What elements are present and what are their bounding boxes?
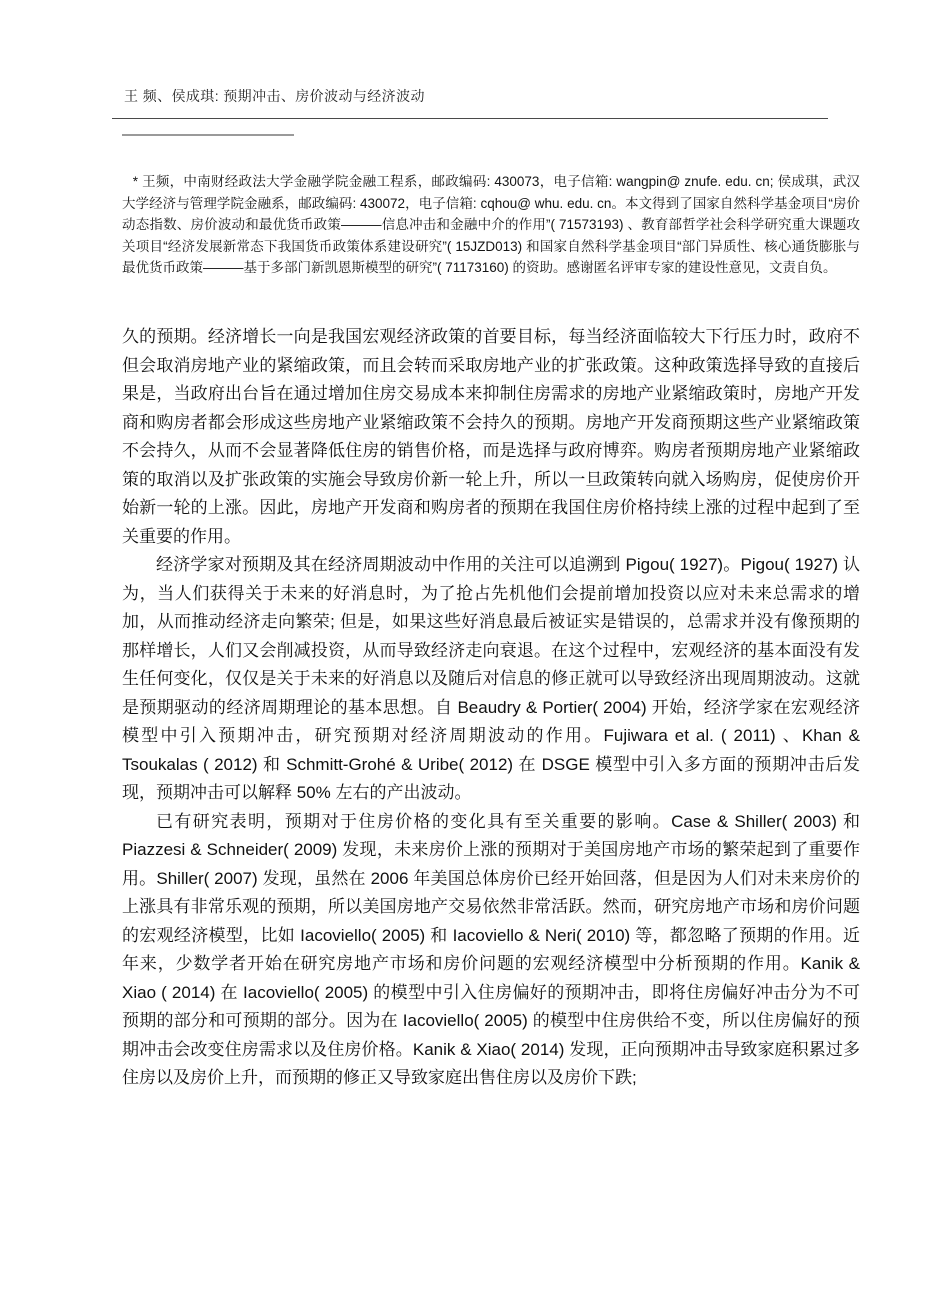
body-paragraph: 已有研究表明，预期对于住房价格的变化具有至关重要的影响。Case & Shill…: [122, 808, 860, 1093]
running-head: 王 频、侯成琪: 预期冲击、房价波动与经济波动: [124, 86, 425, 106]
footnote-text: * 王频，中南财经政法大学金融学院金融工程系，邮政编码: 430073，电子信箱…: [122, 171, 860, 279]
footnote-separator-rule: [122, 134, 294, 136]
body-text: 久的预期。经济增长一向是我国宏观经济政策的首要目标，每当经济面临较大下行压力时，…: [122, 323, 860, 1093]
body-paragraph: 久的预期。经济增长一向是我国宏观经济政策的首要目标，每当经济面临较大下行压力时，…: [122, 323, 860, 551]
paper-page: 王 频、侯成琪: 预期冲击、房价波动与经济波动 * 王频，中南财经政法大学金融学…: [0, 0, 950, 1290]
body-paragraph: 经济学家对预期及其在经济周期波动中作用的关注可以追溯到 Pigou( 1927)…: [122, 551, 860, 808]
header-rule: [112, 118, 828, 119]
